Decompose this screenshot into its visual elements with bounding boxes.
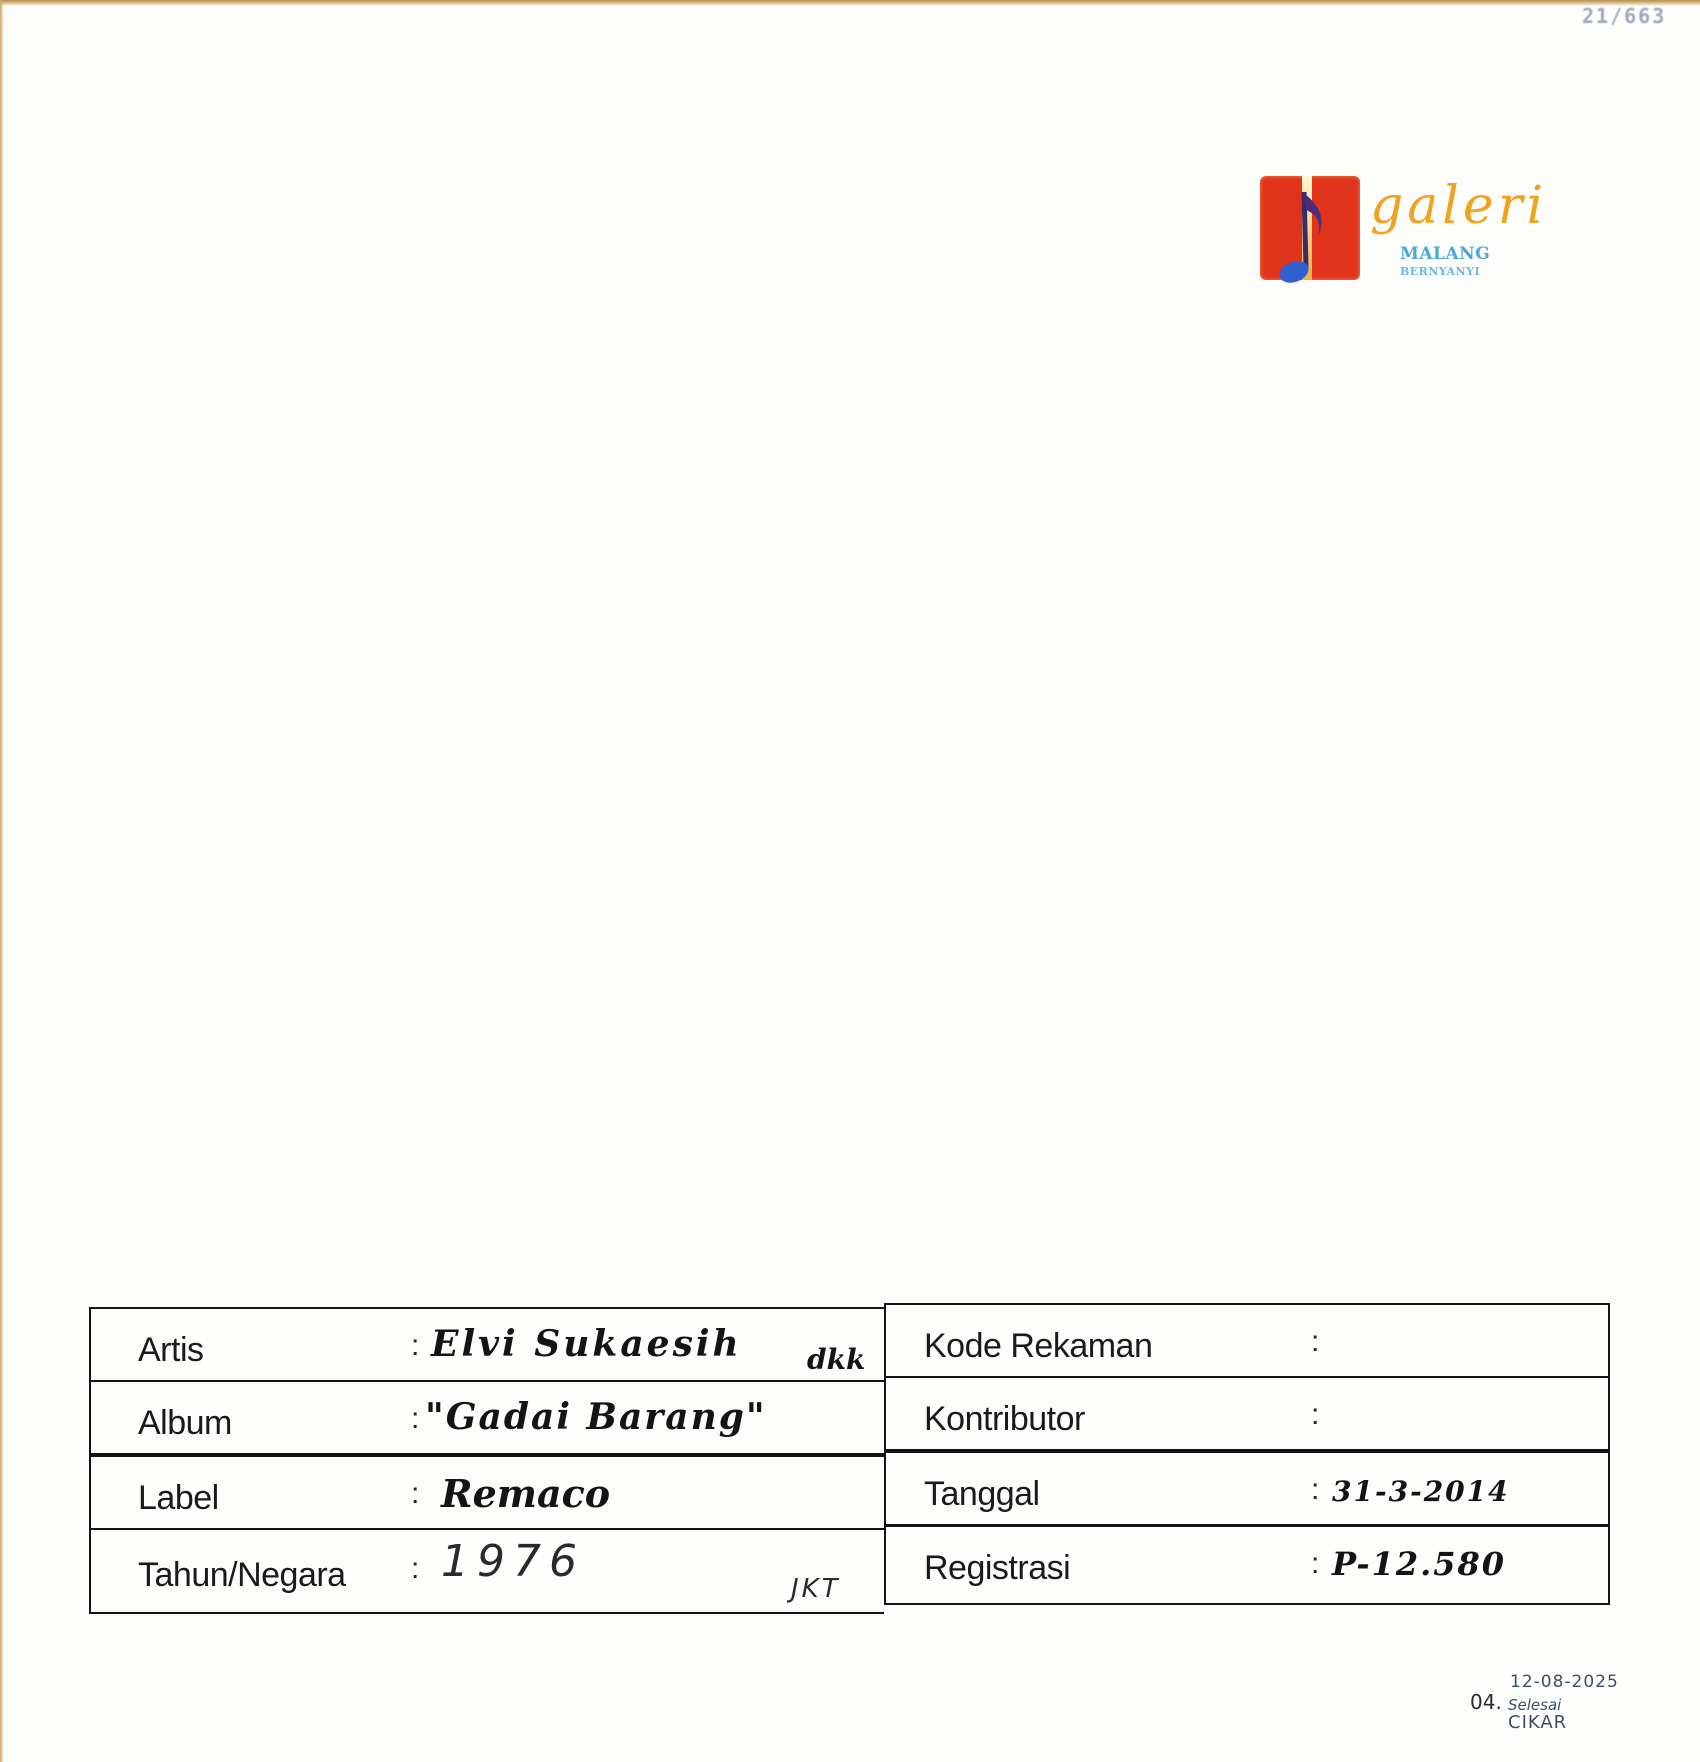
paper-edge bbox=[0, 0, 4, 1762]
field-extra-dkk: dkk bbox=[807, 1343, 865, 1376]
field-separator: : bbox=[411, 1477, 419, 1511]
field-row-registrasi: Registrasi : P-12.580 bbox=[884, 1525, 1610, 1605]
logo-wordmark: galeri bbox=[1370, 180, 1547, 232]
field-label: Artis bbox=[138, 1331, 204, 1370]
logo-subtitle-secondary: BERNYANYI bbox=[1400, 266, 1480, 277]
field-separator: : bbox=[1311, 1398, 1319, 1432]
field-separator: : bbox=[1311, 1473, 1319, 1507]
field-separator: : bbox=[1311, 1325, 1319, 1359]
field-separator: : bbox=[411, 1552, 419, 1586]
field-value-tahun: 1976 bbox=[441, 1536, 585, 1587]
field-row-label: Label : Remaco bbox=[89, 1455, 884, 1530]
field-row-kode-rekaman: Kode Rekaman : bbox=[884, 1303, 1610, 1378]
field-row-artis: Artis : Elvi Sukaesih dkk bbox=[89, 1307, 884, 1382]
field-label: Tahun/Negara bbox=[138, 1556, 346, 1595]
field-label: Tanggal bbox=[924, 1475, 1040, 1514]
music-note-icon bbox=[1272, 184, 1332, 294]
field-value-tanggal: 31-3-2014 bbox=[1332, 1475, 1510, 1508]
record-card-table: Artis : Elvi Sukaesih dkk Album : "Gadai… bbox=[89, 1303, 1610, 1614]
note-number: 04. bbox=[1470, 1690, 1502, 1714]
field-label: Kontributor bbox=[924, 1400, 1085, 1439]
field-separator: : bbox=[1311, 1547, 1319, 1581]
field-separator: : bbox=[411, 1402, 419, 1436]
field-label: Kode Rekaman bbox=[924, 1327, 1152, 1366]
field-separator: : bbox=[411, 1329, 419, 1363]
note-date: 12-08-2025 bbox=[1510, 1672, 1619, 1692]
corner-stamp-number: 21/663 bbox=[1582, 4, 1666, 28]
field-value-artis: Elvi Sukaesih bbox=[431, 1323, 742, 1365]
field-row-kontributor: Kontributor : bbox=[884, 1376, 1610, 1451]
galeri-malang-bernyanyi-logo: galeri MALANG BERNYANYI bbox=[1258, 170, 1558, 300]
field-row-tahun-negara: Tahun/Negara : 1976 JKT bbox=[89, 1528, 884, 1614]
logo-subtitle: MALANG bbox=[1400, 246, 1490, 263]
field-row-album: Album : "Gadai Barang" bbox=[89, 1380, 884, 1455]
field-label: Album bbox=[138, 1404, 232, 1443]
field-value-registrasi: P-12.580 bbox=[1332, 1545, 1506, 1583]
note-initials: CIKAR bbox=[1508, 1712, 1567, 1733]
field-extra-negara: JKT bbox=[791, 1574, 841, 1604]
field-row-tanggal: Tanggal : 31-3-2014 bbox=[884, 1451, 1610, 1526]
paper-edge bbox=[0, 0, 1700, 6]
field-label: Label bbox=[138, 1479, 219, 1518]
field-label: Registrasi bbox=[924, 1549, 1070, 1588]
field-value-label: Remaco bbox=[441, 1471, 610, 1516]
field-value-album: "Gadai Barang" bbox=[425, 1396, 767, 1438]
